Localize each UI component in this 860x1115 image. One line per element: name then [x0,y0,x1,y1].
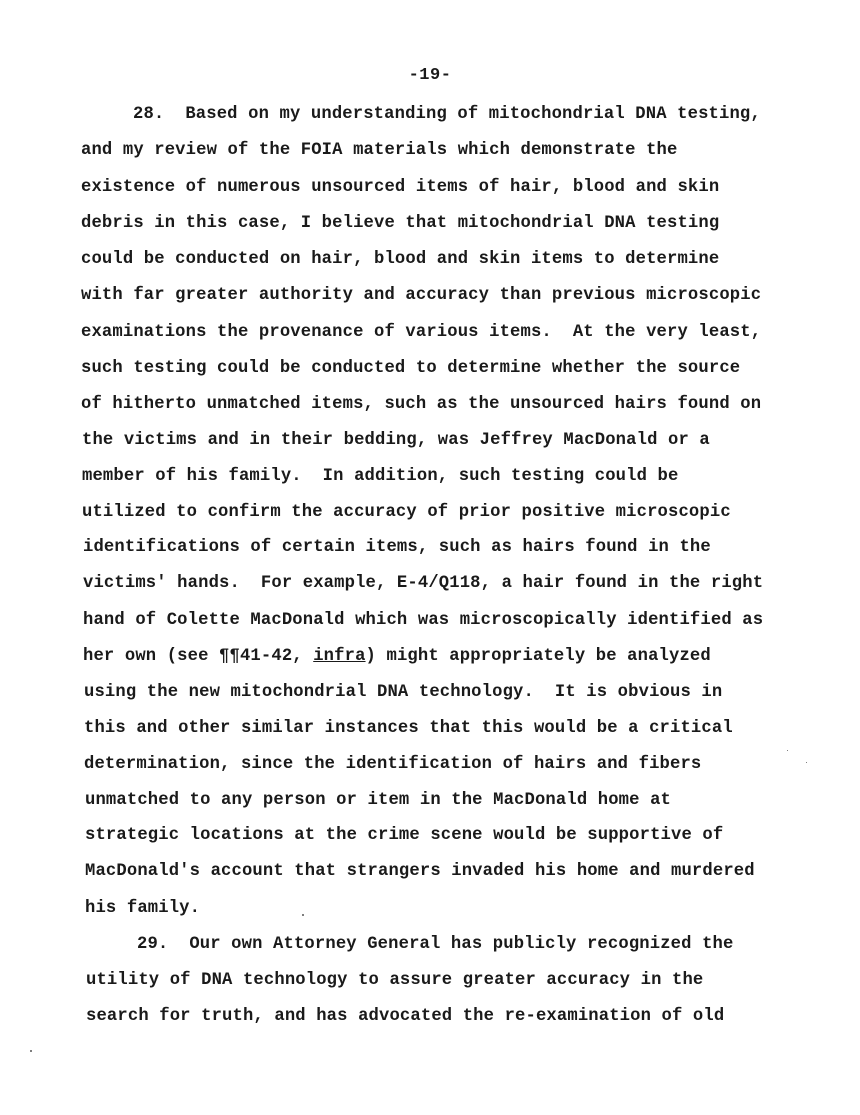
paragraph-28-line-citation: her own (see ¶¶41-42, infra) might appro… [83,647,711,667]
scan-speck [302,914,304,916]
paragraph-28-line: strategic locations at the crime scene w… [85,826,723,846]
paragraph-28-line: could be conducted on hair, blood and sk… [81,250,719,270]
paragraph-29-line: utility of DNA technology to assure grea… [86,971,703,991]
citation-prefix: her own (see ¶¶41-42, [83,647,313,666]
paragraph-28-line: identifications of certain items, such a… [83,538,711,558]
paragraph-28-line: MacDonald's account that strangers invad… [85,862,755,882]
paragraph-28-line: victims' hands. For example, E-4/Q118, a… [83,574,763,594]
paragraph-28-line: debris in this case, I believe that mito… [81,214,719,234]
paragraph-28-line: such testing could be conducted to deter… [81,359,740,379]
citation-suffix: ) might appropriately be analyzed [366,647,711,666]
paragraph-28-line: existence of numerous unsourced items of… [81,178,719,198]
paragraph-28-line: the victims and in their bedding, was Je… [82,431,710,451]
scan-speck [30,1050,32,1052]
paragraph-28-line: utilized to confirm the accuracy of prio… [82,503,731,523]
paragraph-28-line: his family. [85,899,200,919]
paragraph-28-line: with far greater authority and accuracy … [81,286,761,306]
paragraph-28-line: using the new mitochondrial DNA technolo… [84,683,722,703]
paragraph-28-line: determination, since the identification … [84,755,701,775]
paragraph-28-line: examinations the provenance of various i… [81,323,761,343]
citation-infra: infra [313,647,365,666]
scan-speck [806,762,807,763]
paragraph-28-line: this and other similar instances that th… [84,719,733,739]
paragraph-28-line: 28. Based on my understanding of mitocho… [133,105,761,125]
scan-speck [787,750,788,751]
paragraph-29-line: search for truth, and has advocated the … [86,1007,724,1027]
paragraph-28-line: member of his family. In addition, such … [82,467,678,487]
paragraph-29-line: 29. Our own Attorney General has publicl… [137,935,733,955]
paragraph-28-line: unmatched to any person or item in the M… [85,791,671,811]
page-number: -19- [0,66,860,85]
document-page: -19- 28. Based on my understanding of mi… [0,0,860,1115]
paragraph-28-line: hand of Colette MacDonald which was micr… [83,611,763,631]
paragraph-28-line: of hitherto unmatched items, such as the… [81,395,761,415]
paragraph-28-line: and my review of the FOIA materials whic… [81,141,677,161]
